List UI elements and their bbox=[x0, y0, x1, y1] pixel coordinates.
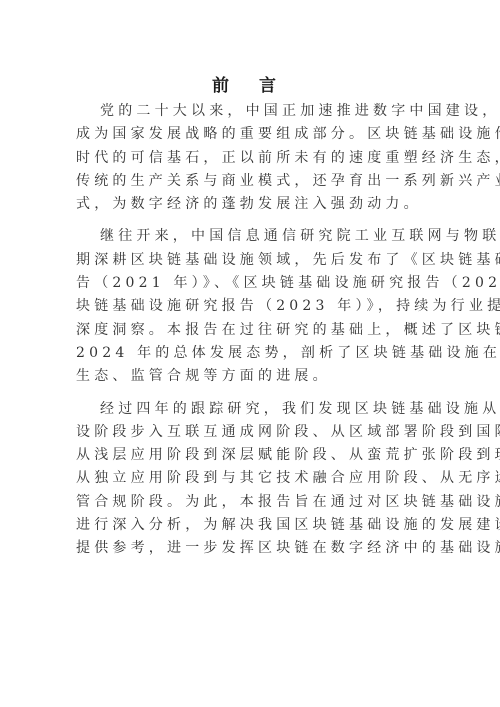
text-line: 从独立应用阶段到与其它技术融合应用阶段、从无序运营阶段到监 bbox=[76, 467, 422, 490]
text-line: 传统的生产关系与商业模式，还孕育出一系列新兴产业、业态与模 bbox=[76, 170, 422, 193]
document-page: 前 言 党的二十大以来，中国正加速推进数字中国建设，数字经济已 成为国家发展战略… bbox=[0, 0, 500, 707]
text-line: 进行深入分析，为解决我国区块链基础设施的发展建设和合规运营 bbox=[76, 514, 422, 537]
text-line: 成为国家发展战略的重要组成部分。区块链基础设施作为数字经济 bbox=[76, 123, 422, 146]
text-line: 块链基础设施研究报告（2023 年）》，持续为行业提供权威视角与 bbox=[76, 295, 422, 318]
text-line: 生态、监管合规等方面的进展。 bbox=[76, 365, 422, 388]
text-line: 式，为数字经济的蓬勃发展注入强劲动力。 bbox=[76, 193, 422, 216]
text-line: 提供参考，进一步发挥区块链在数字经济中的基础设施作用。 bbox=[76, 537, 422, 560]
paragraph-spacer bbox=[76, 389, 422, 398]
text-line: 党的二十大以来，中国正加速推进数字中国建设，数字经济已 bbox=[76, 100, 422, 123]
text-line: 深度洞察。本报告在过往研究的基础上，概述了区块链基础设施在 bbox=[76, 319, 422, 342]
text-line: 设阶段步入互联互通成网阶段、从区域部署阶段到国际化布局阶段、 bbox=[76, 421, 422, 444]
paragraph-2: 继往开来，中国信息通信研究院工业互联网与物联网研究所长 期深耕区块链基础设施领域… bbox=[76, 225, 422, 388]
text-line: 经过四年的跟踪研究，我们发现区块链基础设施从各自独立建 bbox=[76, 398, 422, 421]
text-line: 告（2021 年）》、《区块链基础设施研究报告（2022 年）》及《区 bbox=[76, 272, 422, 295]
text-line: 继往开来，中国信息通信研究院工业互联网与物联网研究所长 bbox=[76, 225, 422, 248]
paragraph-1: 党的二十大以来，中国正加速推进数字中国建设，数字经济已 成为国家发展战略的重要组… bbox=[76, 100, 422, 216]
paragraph-3: 经过四年的跟踪研究，我们发现区块链基础设施从各自独立建 设阶段步入互联互通成网阶… bbox=[76, 398, 422, 561]
text-line: 从浅层应用阶段到深层赋能阶段、从蛮荒扩张阶段到理性回归阶段、 bbox=[76, 444, 422, 467]
paragraph-spacer bbox=[76, 216, 422, 225]
page-title: 前 言 bbox=[0, 74, 500, 98]
document-body: 党的二十大以来，中国正加速推进数字中国建设，数字经济已 成为国家发展战略的重要组… bbox=[76, 100, 422, 561]
text-line: 时代的可信基石，正以前所未有的速度重塑经济生态，不仅革新了 bbox=[76, 147, 422, 170]
text-line: 2024 年的总体发展态势，剖析了区块链基础设施在技术革新、产业 bbox=[76, 342, 422, 365]
text-line: 期深耕区块链基础设施领域，先后发布了《区块链基础设施研究报 bbox=[76, 249, 422, 272]
text-line: 管合规阶段。为此，本报告旨在通过对区块链基础设施的最新进展 bbox=[76, 491, 422, 514]
